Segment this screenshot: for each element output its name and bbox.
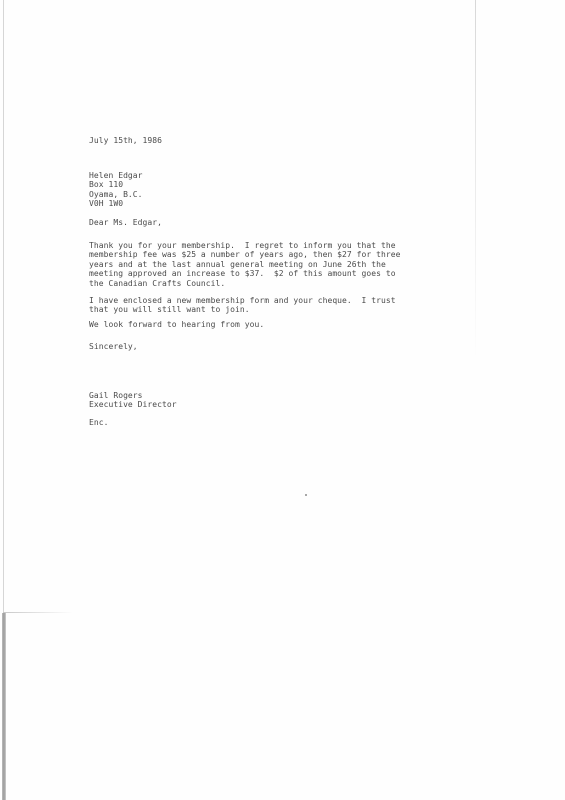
salutation: Dear Ms. Edgar, (89, 218, 162, 227)
scan-edge-right (475, 0, 476, 360)
paragraph-line: membership fee was $25 a number of years… (89, 250, 400, 259)
recipient-address: Helen Edgar Box 110 Oyama, B.C. V0H 1W0 (89, 171, 143, 209)
paragraph-line: that you will still want to join. (89, 305, 396, 314)
enclosure-note: Enc. (89, 418, 108, 427)
paragraph-enclosed: I have enclosed a new membership form an… (89, 296, 396, 315)
paragraph-line: meeting approved an increase to $37. $2 … (89, 269, 400, 278)
paragraph-line: years and at the last annual general mee… (89, 260, 400, 269)
signatory-name: Gail Rogers (89, 391, 177, 400)
paragraph-line: We look forward to hearing from you. (89, 320, 264, 329)
closing: Sincerely, (89, 342, 138, 351)
signatory-title: Executive Director (89, 400, 177, 409)
scan-fold-line (3, 612, 73, 613)
paragraph-line: the Canadian Crafts Council. (89, 279, 400, 288)
paragraph-line: I have enclosed a new membership form an… (89, 296, 396, 305)
recipient-postal-code: V0H 1W0 (89, 199, 143, 208)
scan-speck (305, 494, 307, 496)
paragraph-look-forward: We look forward to hearing from you. (89, 320, 264, 329)
recipient-name: Helen Edgar (89, 171, 143, 180)
recipient-city: Oyama, B.C. (89, 190, 143, 199)
signature-block: Gail Rogers Executive Director (89, 391, 177, 410)
recipient-box: Box 110 (89, 180, 143, 189)
scan-shadow-left (2, 613, 6, 800)
scan-edge-left (3, 0, 4, 612)
paragraph-membership-fee: Thank you for your membership. I regret … (89, 241, 400, 288)
paragraph-line: Thank you for your membership. I regret … (89, 241, 400, 250)
letter-date: July 15th, 1986 (89, 136, 162, 145)
